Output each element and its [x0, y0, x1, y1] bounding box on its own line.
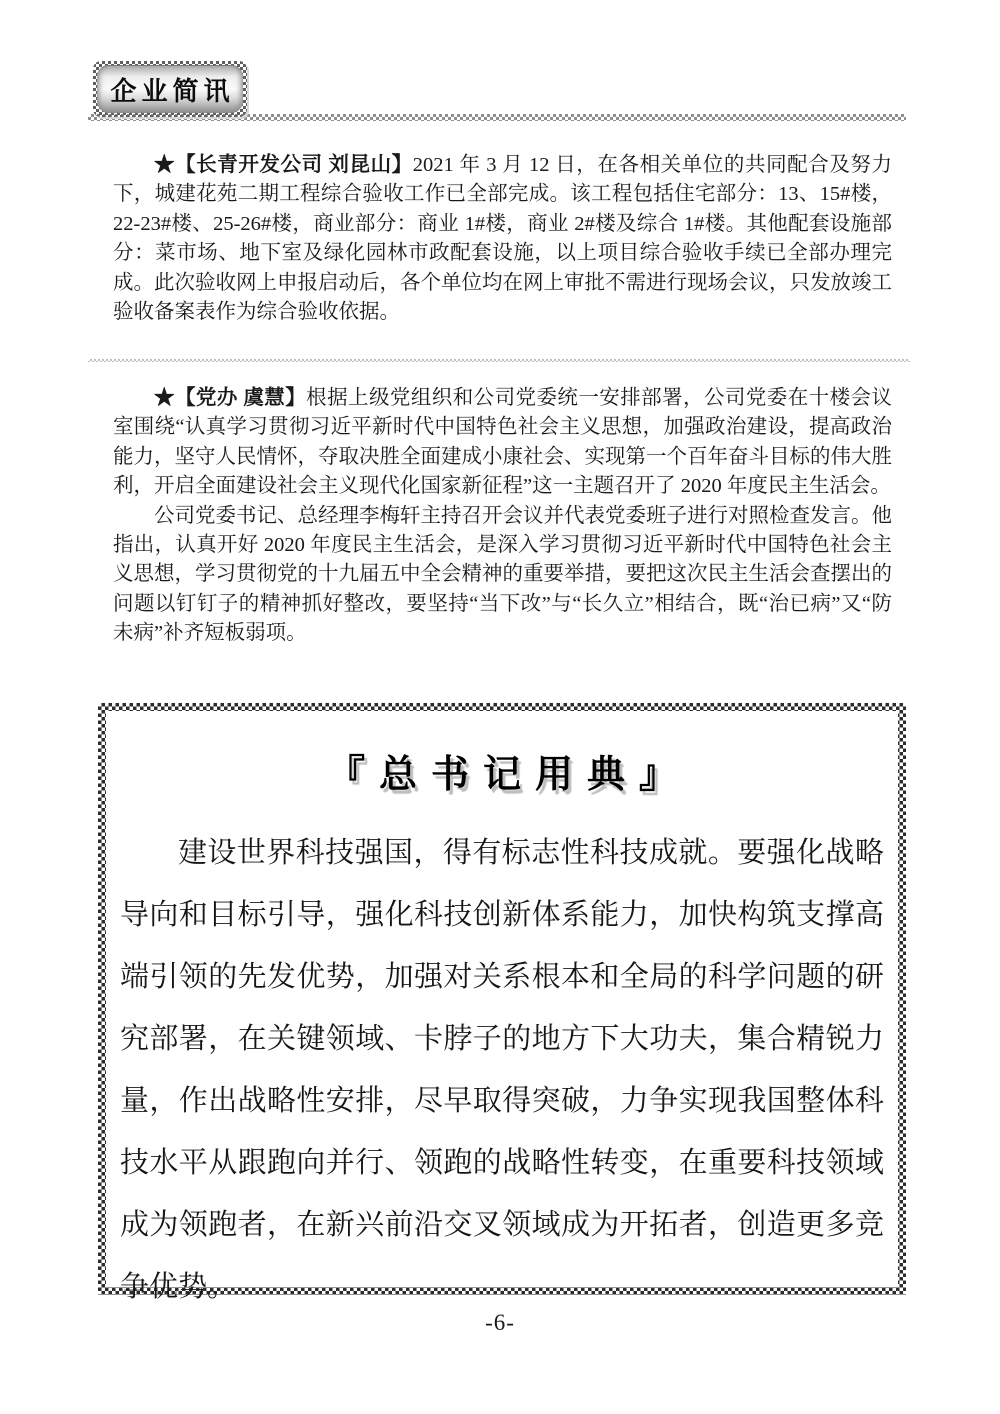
section-separator [88, 359, 910, 362]
section-badge-label: 企业简讯 [97, 65, 243, 113]
article-paragraph: 公司党委书记、总经理李梅轩主持召开会议并代表党委班子进行对照检查发言。他指出，认… [113, 502, 892, 649]
article-body-text: 2021 年 3 月 12 日，在各相关单位的共同配合及努力下，城建花苑二期工程… [113, 154, 892, 323]
article-lead: ★【党办 虞慧】 [154, 387, 306, 409]
article-lead: ★【长青开发公司 刘昆山】 [154, 154, 413, 176]
newsletter-page: 企业简讯 ★【长青开发公司 刘昆山】2021 年 3 月 12 日，在各相关单位… [0, 0, 1000, 1414]
article-body-text: 公司党委书记、总经理李梅轩主持召开会议并代表党委班子进行对照检查发言。他指出，认… [113, 505, 892, 645]
quote-box: 『总书记用典』 建设世界科技强国，得有标志性科技成就。要强化战略导向和目标引导，… [98, 703, 906, 1295]
article-paragraph: ★【党办 虞慧】根据上级党组织和公司党委统一安排部署，公司党委在十楼会议室围绕“… [113, 384, 892, 502]
quote-box-title: 『总书记用典』 [120, 743, 884, 798]
article-dangban: ★【党办 虞慧】根据上级党组织和公司党委统一安排部署，公司党委在十楼会议室围绕“… [113, 384, 892, 649]
section-badge: 企业简讯 [93, 61, 247, 117]
article-paragraph: ★【长青开发公司 刘昆山】2021 年 3 月 12 日，在各相关单位的共同配合… [113, 151, 892, 327]
article-changqing: ★【长青开发公司 刘昆山】2021 年 3 月 12 日，在各相关单位的共同配合… [113, 151, 892, 327]
page-number: -6- [0, 1310, 1000, 1336]
quote-box-inner: 『总书记用典』 建设世界科技强国，得有标志性科技成就。要强化战略导向和目标引导，… [106, 711, 898, 1287]
quote-box-body: 建设世界科技强国，得有标志性科技成就。要强化战略导向和目标引导，强化科技创新体系… [120, 822, 884, 1318]
